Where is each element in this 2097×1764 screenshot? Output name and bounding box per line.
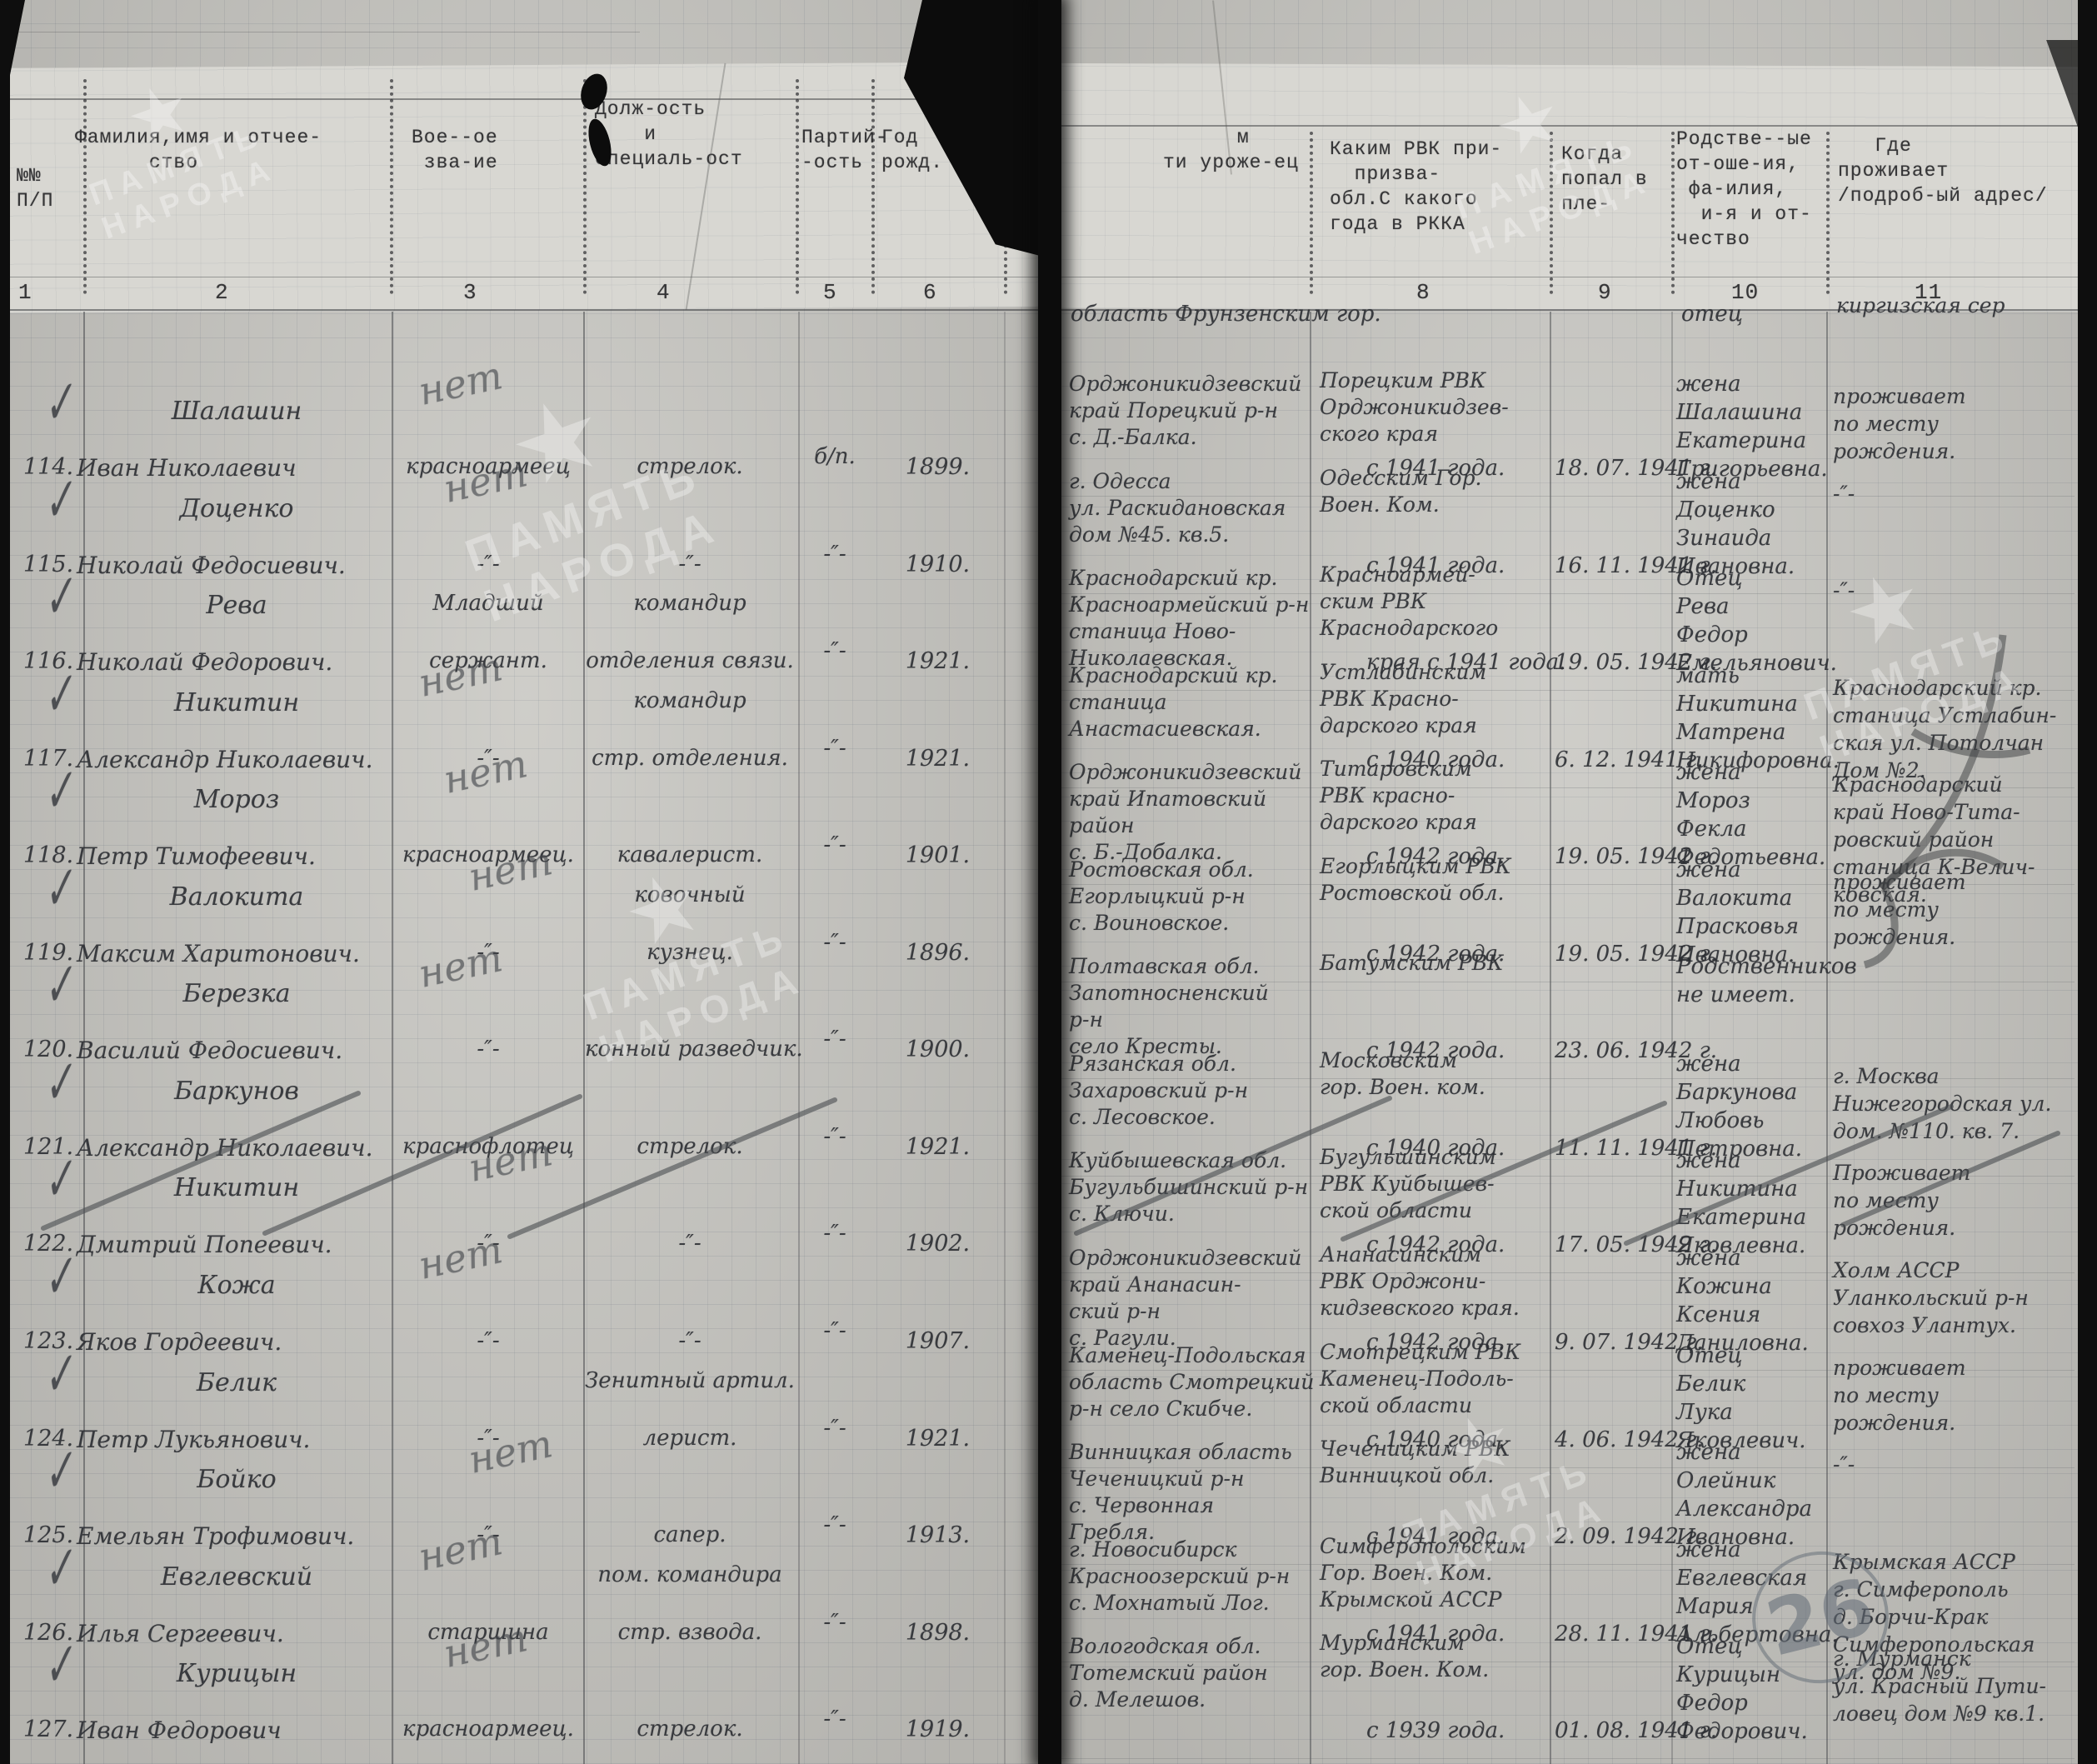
large-pencil-mark bbox=[1865, 635, 2030, 965]
stamp-number: 26 bbox=[1758, 1562, 1883, 1674]
page-seam bbox=[1038, 0, 1061, 1764]
scan-backing-right-edge bbox=[2078, 0, 2097, 1764]
scan-backing-left-edge bbox=[0, 0, 10, 1764]
scanned-pow-register-document: №№П/ПФамилия,имя и отчее- ствоВое--ое зв… bbox=[0, 0, 2097, 1764]
